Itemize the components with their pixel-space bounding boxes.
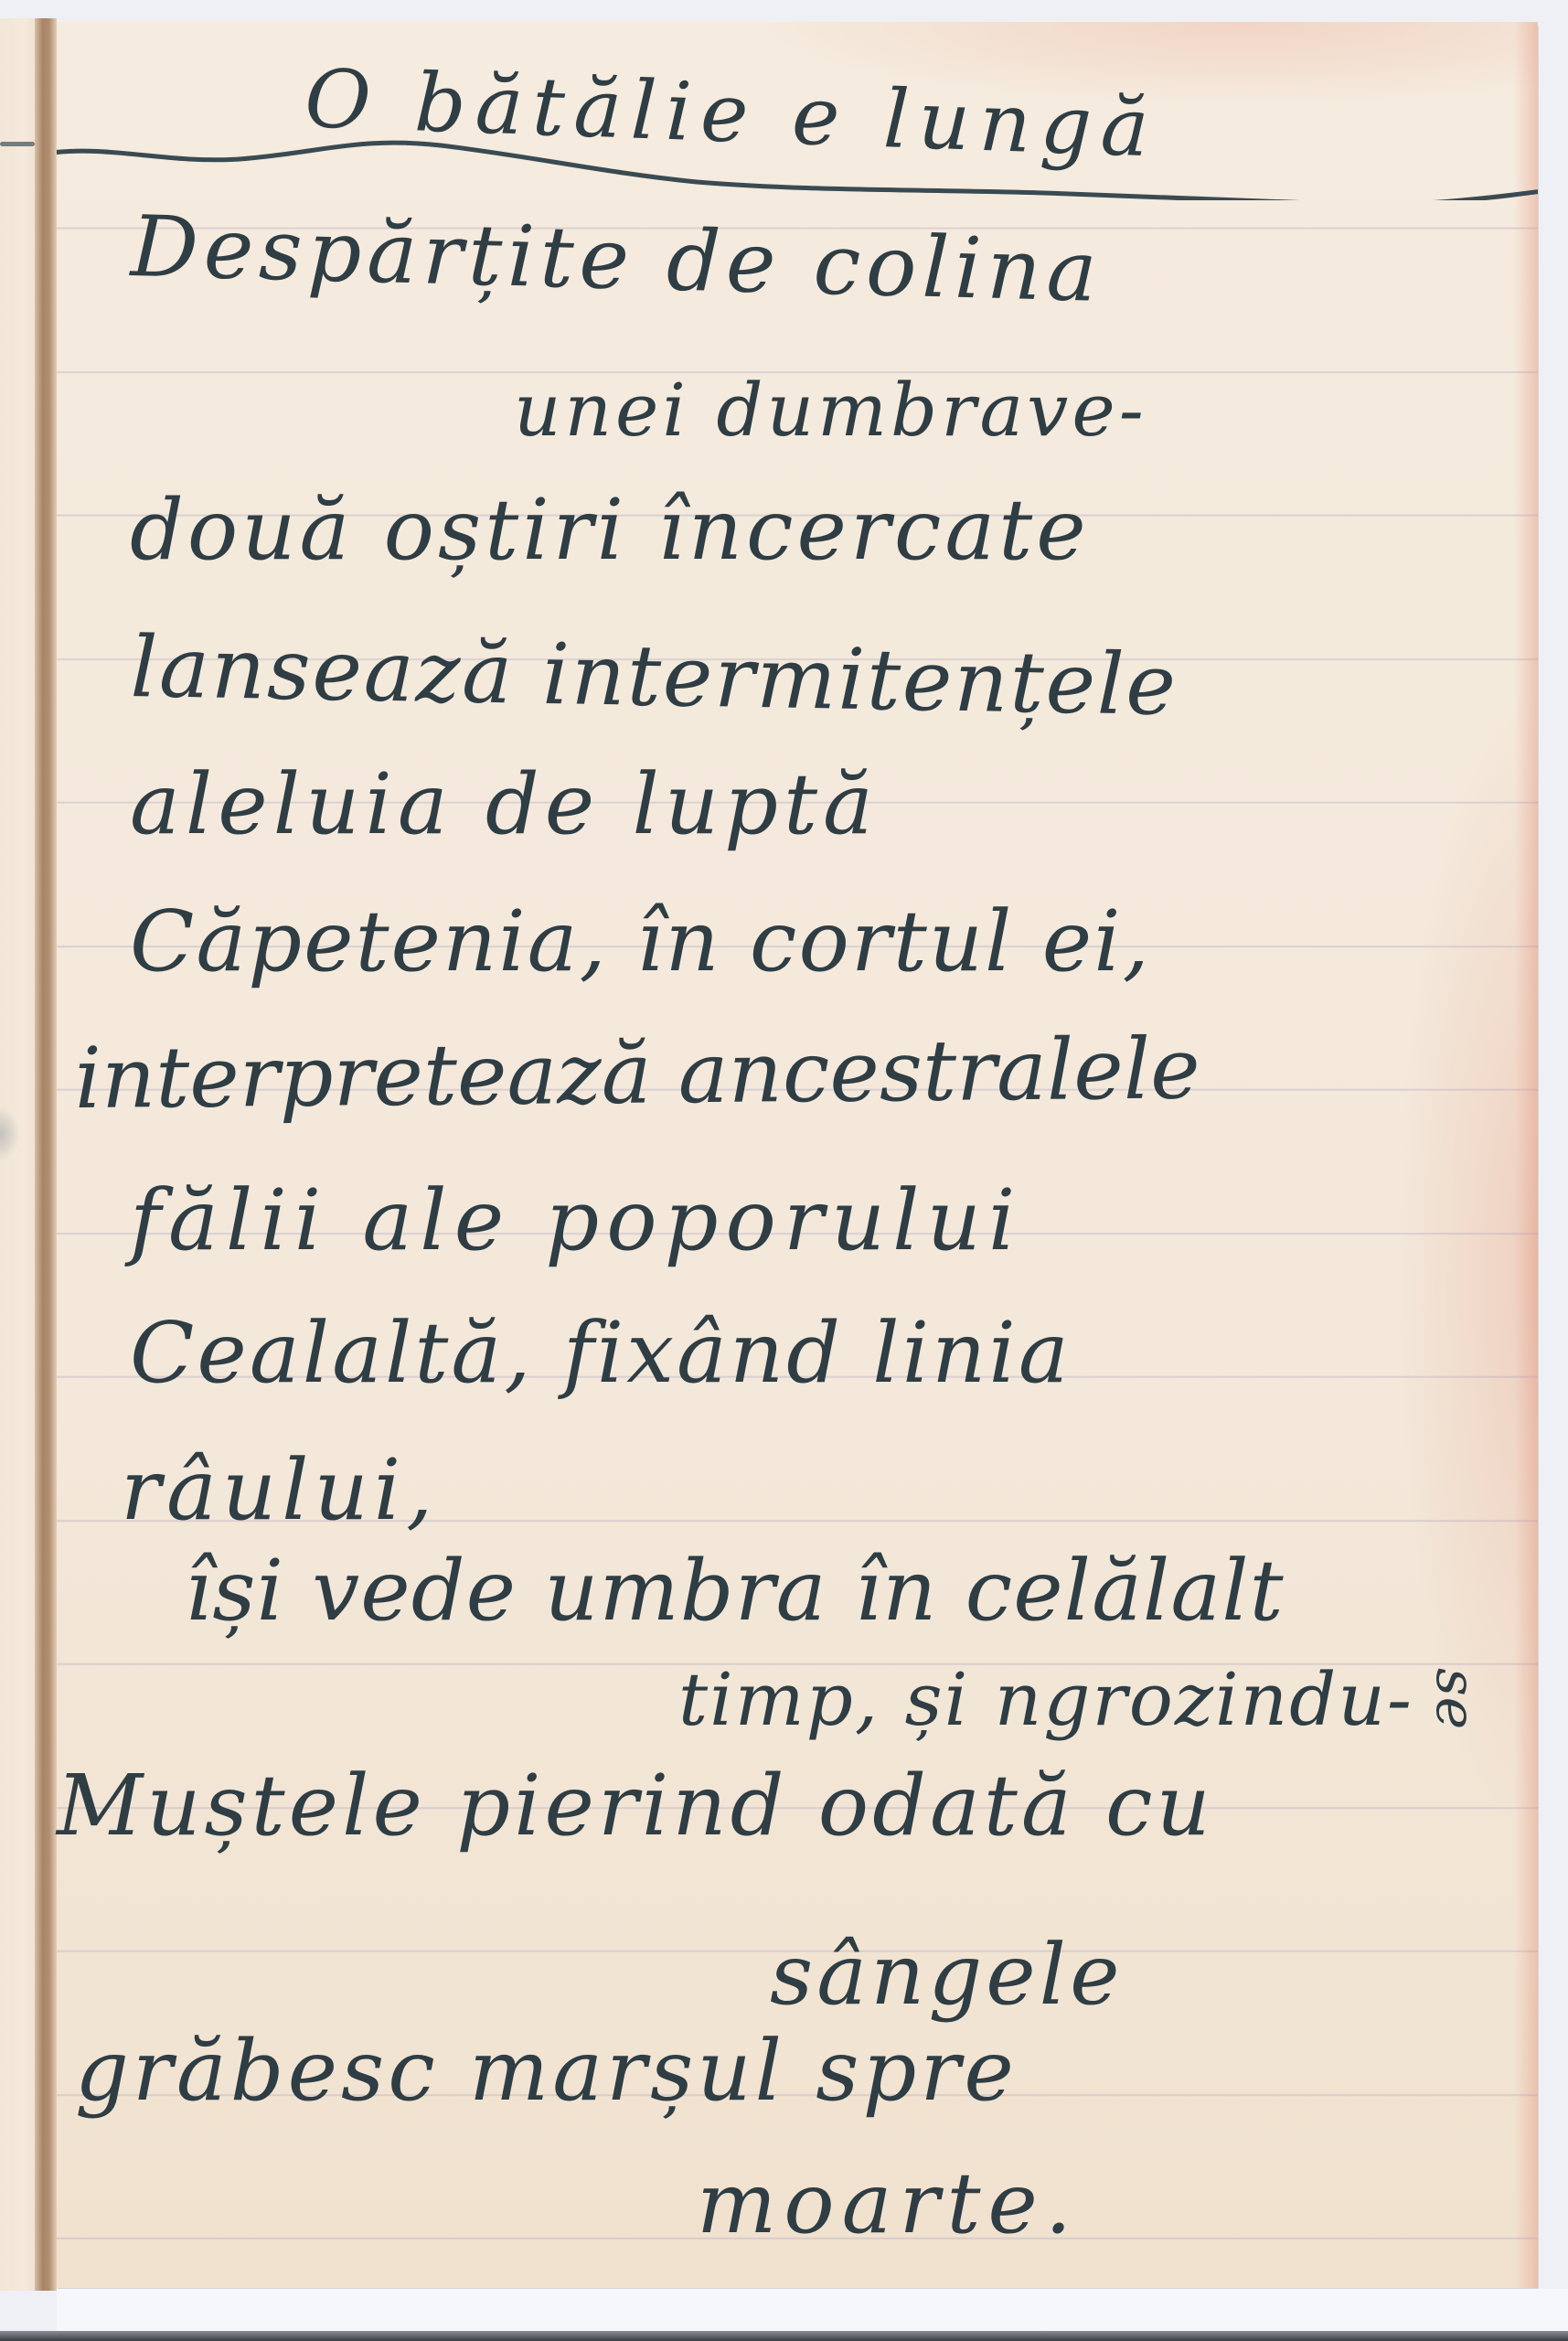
edge-stain [1514, 22, 1538, 2288]
poem-line: aleluia de luptă [130, 763, 879, 847]
poem-line: timp, și ngrozindu- [678, 1663, 1413, 1737]
ink-smudge [0, 1106, 20, 1161]
poem-line: unei dumbrave- [514, 374, 1147, 447]
poem-line: râului, [121, 1448, 438, 1533]
previous-page-edge [0, 18, 37, 2291]
scanner-background-top [0, 0, 1568, 22]
notebook-page: O bătălie e lungă Despărțite de colina u… [57, 22, 1538, 2288]
previous-page-underline-fragment [0, 142, 35, 146]
binding-gutter [35, 18, 57, 2291]
poem-line: moarte. [697, 2162, 1079, 2246]
poem-line: sângele [770, 1933, 1124, 2017]
poem-line: Muștele pierind odată cu [57, 1764, 1214, 1848]
poem-line: grăbesc marșul spre [75, 2029, 1018, 2113]
poem-line: Despărțite de colina [130, 205, 1104, 315]
poem-line: două oștiri încercate [130, 488, 1090, 572]
poem-line: Cealaltă, fixând linia [130, 1311, 1072, 1395]
scanner-shadow [0, 2331, 1568, 2341]
poem-line: interpretează ancestralele [74, 1027, 1200, 1121]
poem-line-hyphen-continuation: se [1428, 1668, 1483, 1730]
poem-line: lansează intermitențele [130, 625, 1179, 728]
poem-line: își vede umbra în celălalt [185, 1549, 1285, 1633]
title-underline [57, 109, 1538, 200]
poem-line: Căpetenia, în cortul ei, [130, 900, 1151, 984]
backing-card [57, 2289, 1568, 2332]
poem-line: fălii ale poporului [130, 1179, 1022, 1263]
